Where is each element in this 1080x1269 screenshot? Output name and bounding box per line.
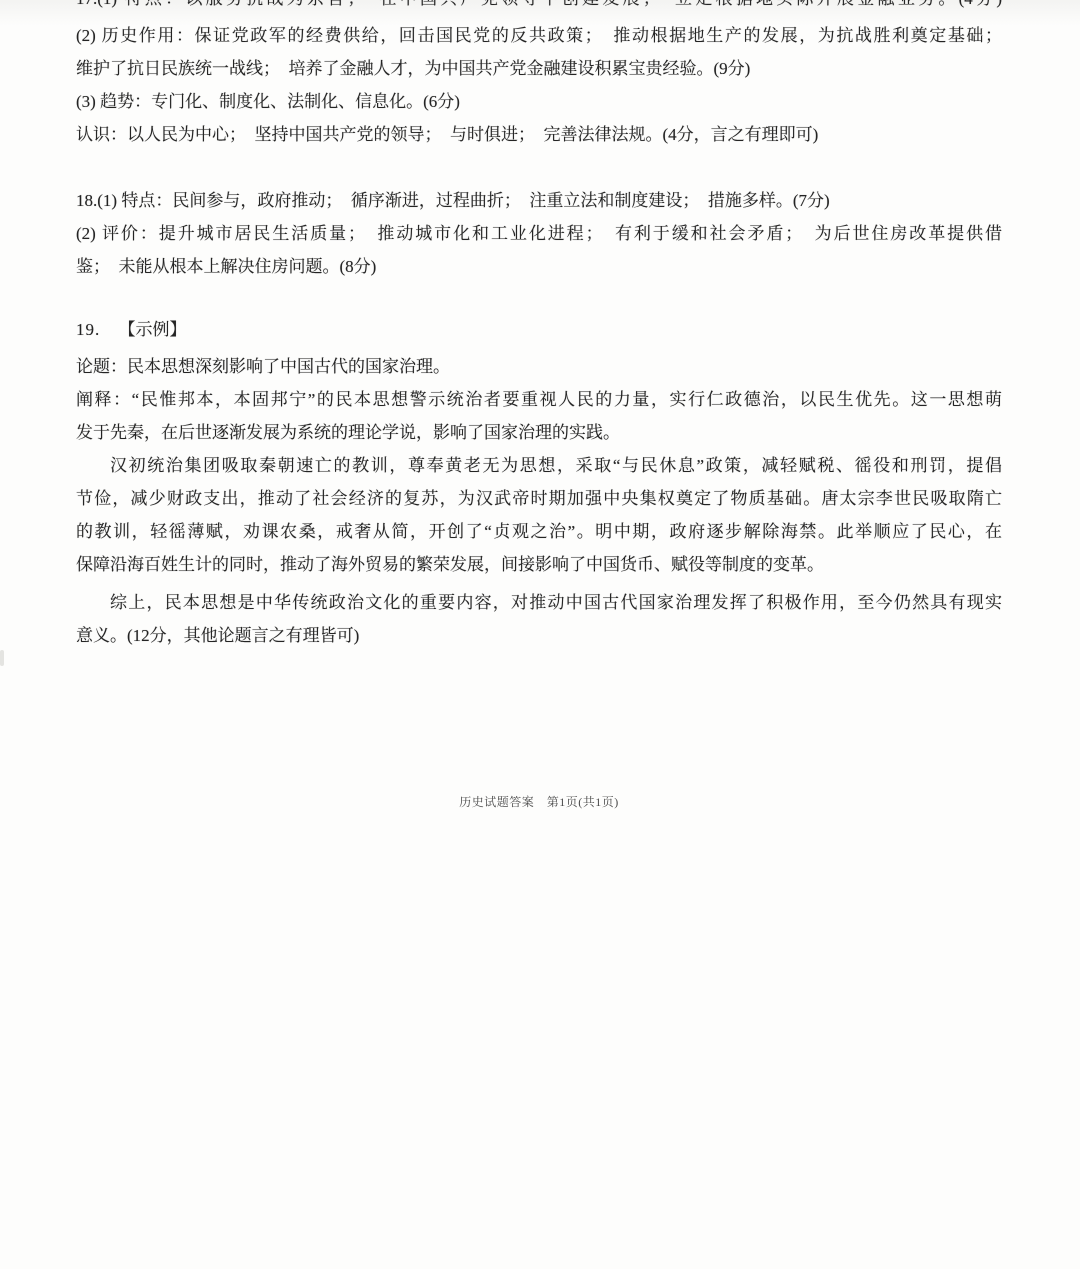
clipped-top-line-text: 17.(1) 特点：以服务抗战为宗旨； 在中国共产党领导下创建发展； 立足根据地…	[76, 0, 1002, 15]
q19-body-line1: 汉初统治集团吸取秦朝速亡的教训，尊奉黄老无为思想，采取“与民休息”政策，减轻赋税…	[76, 449, 1002, 482]
q17-role-line1: (2) 历史作用：保证党政军的经费供给，回击国民党的反共政策； 推动根据地生产的…	[76, 19, 1002, 52]
q18-eval-line1: (2) 评价：提升城市居民生活质量； 推动城市化和工业化进程； 有利于缓和社会矛…	[76, 217, 1002, 250]
q17-trend-line: (3) 趋势：专门化、制度化、法制化、信息化。(6分)	[76, 85, 1002, 118]
q18-eval-line2: 鉴； 未能从根本上解决住房问题。(8分)	[76, 250, 1002, 283]
clipped-top-line: 17.(1) 特点：以服务抗战为宗旨； 在中国共产党领导下创建发展； 立足根据地…	[76, 0, 1002, 15]
q19-conclusion-line1: 综上，民本思想是中华传统政治文化的重要内容，对推动中国古代国家治理发挥了积极作用…	[76, 586, 1002, 619]
q19-topic-line: 论题：民本思想深刻影响了中国古代的国家治理。	[76, 350, 1002, 383]
q19-expound-line2: 发于先秦，在后世逐渐发展为系统的理论学说，影响了国家治理的实践。	[76, 416, 1002, 449]
q19-body-line2: 节俭，减少财政支出，推动了社会经济的复苏，为汉武帝时期加强中央集权奠定了物质基础…	[76, 482, 1002, 515]
page-footer: 历史试题答案 第1页(共1页)	[76, 794, 1002, 810]
q17-role-line2: 维护了抗日民族统一战线； 培养了金融人才，为中国共产党金融建设积累宝贵经验。(9…	[76, 52, 1002, 85]
answer-sheet-page: 17.(1) 特点：以服务抗战为宗旨； 在中国共产党领导下创建发展； 立足根据地…	[0, 0, 1080, 1269]
scan-artifact	[0, 650, 4, 666]
q19-conclusion-line2: 意义。(12分，其他论题言之有理皆可)	[76, 619, 1002, 652]
q19-heading-line: 19. 【示例】	[76, 313, 1002, 346]
q19-heading: 【示例】	[119, 320, 187, 339]
q18-features-line: 18.(1) 特点：民间参与，政府推动； 循序渐进，过程曲折； 注重立法和制度建…	[76, 184, 1002, 217]
answers-body: (2) 历史作用：保证党政军的经费供给，回击国民党的反共政策； 推动根据地生产的…	[76, 19, 1002, 810]
section-gap	[76, 151, 1002, 184]
q19-body-line3: 的教训，轻徭薄赋，劝课农桑，戒奢从简，开创了“贞观之治”。明中期，政府逐步解除海…	[76, 515, 1002, 548]
q17-insight-line: 认识：以人民为中心； 坚持中国共产党的领导； 与时俱进； 完善法律法规。(4分，…	[76, 118, 1002, 151]
q19-body-line4: 保障沿海百姓生计的同时，推动了海外贸易的繁荣发展，间接影响了中国货币、赋役等制度…	[76, 548, 1002, 581]
section-gap	[76, 283, 1002, 313]
q19-expound-line1: 阐释：“民惟邦本，本固邦宁”的民本思想警示统治者要重视人民的力量，实行仁政德治，…	[76, 383, 1002, 416]
q19-number: 19.	[76, 320, 100, 339]
